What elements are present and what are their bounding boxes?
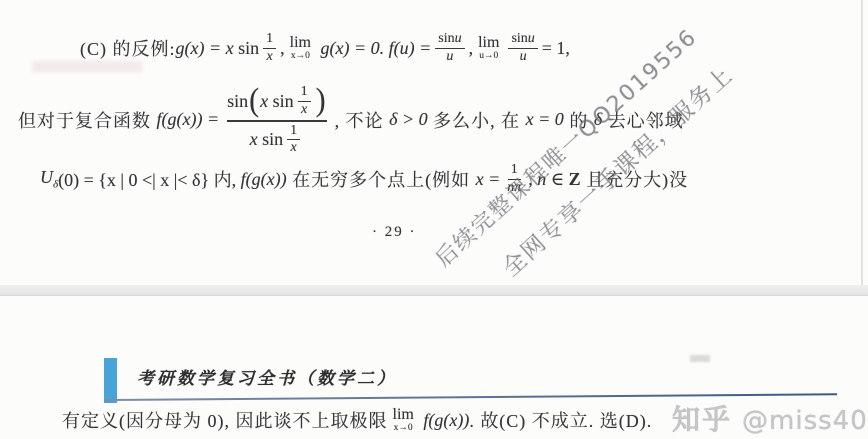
sin-operator: sin bbox=[262, 129, 283, 150]
lim-word: lim bbox=[393, 407, 414, 423]
line2-text: 但对于复合函数 bbox=[18, 107, 157, 133]
page-number: · 29 · bbox=[372, 224, 417, 241]
page-edge-line bbox=[861, 0, 863, 286]
limit-operator: lim x→0 bbox=[290, 35, 311, 62]
sin-operator: sin bbox=[238, 38, 259, 59]
variable-x: x bbox=[250, 129, 263, 150]
delta-condition: δ > 0 bbox=[389, 109, 428, 130]
big-fraction-bar bbox=[227, 120, 327, 122]
lim-subscript: u→0 bbox=[479, 52, 498, 62]
line2-formula: f(g(x)) = bbox=[157, 109, 220, 130]
variable-x: x bbox=[260, 91, 273, 112]
big-fraction-denominator: x sin 1 x bbox=[250, 124, 305, 156]
limit-operator: lim x→0 bbox=[393, 407, 414, 434]
line1-text: (C) 的反例: bbox=[80, 35, 176, 61]
scanned-textbook-page: (C) 的反例: g(x) = x sin 1 x , lim x→0 g(x)… bbox=[0, 0, 868, 439]
fraction-denominator: x bbox=[264, 49, 276, 65]
lim-word: lim bbox=[478, 35, 499, 51]
header-accent-bar bbox=[104, 358, 117, 403]
fraction-sinu-over-u: sinu u bbox=[435, 32, 464, 64]
variable-U: U bbox=[40, 167, 53, 187]
zhihu-user-id: @miss40 bbox=[742, 406, 868, 436]
variable-u: u bbox=[455, 31, 462, 46]
comma: , bbox=[280, 38, 285, 59]
lim-subscript: x→0 bbox=[291, 52, 310, 62]
section-divider-band bbox=[0, 285, 868, 296]
bottom-formula: f(g(x)) bbox=[419, 410, 469, 431]
line3-formula: f(g(x)) bbox=[241, 169, 287, 190]
variable-u: u bbox=[528, 31, 535, 46]
close-paren: ) bbox=[316, 83, 326, 120]
zhihu-logo: 知乎 bbox=[672, 398, 732, 438]
comma: , bbox=[469, 38, 474, 59]
fraction-1-over-x: 1 x bbox=[263, 32, 276, 64]
bottom-text-line: 有定义(因分母为 0), 因此谈不上取极限 lim x→0 f(g(x)) . … bbox=[62, 407, 652, 434]
zhihu-watermark: 知乎 @miss40 bbox=[672, 398, 868, 438]
line3-text: 在无穷多个点上(例如 bbox=[287, 166, 476, 192]
fraction-numerator: 1 bbox=[298, 85, 311, 102]
big-fraction: sin(x sin 1 x ) x sin 1 x bbox=[227, 84, 327, 156]
lim-subscript: x→0 bbox=[394, 424, 413, 434]
fraction-numerator: 1 bbox=[263, 32, 276, 49]
limit-operator: lim u→0 bbox=[478, 35, 499, 62]
fraction-numerator: 1 bbox=[287, 124, 300, 141]
open-paren: ( bbox=[249, 83, 259, 120]
fraction-denominator: x bbox=[288, 140, 300, 156]
fraction-denominator: u bbox=[517, 49, 530, 65]
bottom-text: 有定义(因分母为 0), 因此谈不上取极限 bbox=[62, 407, 388, 433]
line1-formula: g(x) = x bbox=[176, 38, 239, 59]
line1-formula: g(x) = 0. bbox=[316, 38, 389, 59]
sin-operator: sin bbox=[227, 91, 248, 112]
line1-formula: f(u) = bbox=[389, 38, 432, 59]
fraction-sinu-over-u: sinu u bbox=[508, 32, 537, 64]
math-line-1: (C) 的反例: g(x) = x sin 1 x , lim x→0 g(x)… bbox=[80, 32, 570, 64]
line2-text: , 不论 bbox=[335, 107, 390, 133]
fraction-numerator: sinu bbox=[508, 32, 537, 49]
fraction-denominator: x bbox=[298, 102, 310, 118]
x-equals-zero: x = 0 bbox=[526, 109, 564, 130]
line1-result: = 1, bbox=[542, 38, 570, 59]
lim-word: lim bbox=[290, 35, 311, 51]
big-fraction-numerator: sin(x sin 1 x ) bbox=[227, 84, 327, 118]
inner-fraction: 1 x bbox=[298, 85, 311, 117]
sin-operator: sin bbox=[438, 31, 454, 46]
sin-operator: sin bbox=[511, 31, 527, 46]
line2-text: 多么小, 在 bbox=[428, 107, 526, 133]
sin-operator: sin bbox=[273, 91, 294, 112]
fraction-numerator: sinu bbox=[435, 32, 464, 49]
scan-smudge-bottom bbox=[690, 355, 710, 362]
book-title: 考研数学复习全书（数学二） bbox=[137, 364, 397, 389]
inner-fraction: 1 x bbox=[287, 124, 300, 156]
neighborhood-symbol: Uδ bbox=[40, 167, 58, 191]
fraction-denominator: u bbox=[443, 49, 456, 65]
line3-set: (0) = {x | 0 <| x |< δ} 内, bbox=[58, 166, 241, 192]
bottom-conclusion: . 故(C) 不成立. 选(D). bbox=[469, 407, 652, 433]
